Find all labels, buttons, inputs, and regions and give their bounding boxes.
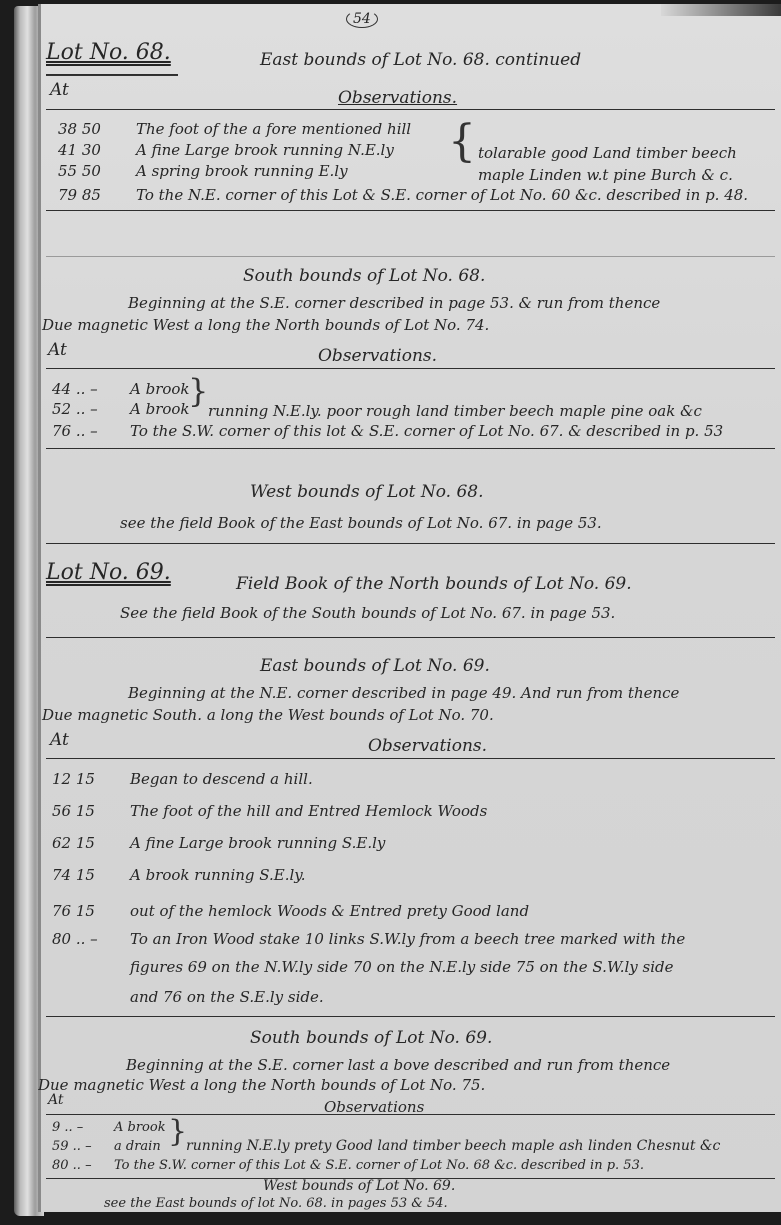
col-observations-header: Observations. [318,346,437,366]
land-note: running N.E.ly prety Good land timber be… [186,1138,720,1154]
lot-69-east-title: East bounds of Lot No. 69. [260,656,490,676]
page-corner-shadow [661,4,781,16]
col-observations-header: Observations. [368,736,487,756]
lot-69-east-para-2: Due magnetic South. a long the West boun… [42,706,494,724]
lot-69-west-title: West bounds of Lot No. 69. [263,1178,455,1194]
land-note: running N.E.ly. poor rough land timber b… [208,402,702,420]
lot-68-west-text: see the field Book of the East bounds of… [120,514,602,532]
lot-68-west-title: West bounds of Lot No. 68. [250,482,483,502]
divider [46,210,775,211]
survey-entry: 56 15The foot of the hill and Entred Hem… [52,802,487,820]
lot-69-south-para-2: Due magnetic West a long the North bound… [38,1076,485,1094]
lot-68-east-continued-title: East bounds of Lot No. 68. continued [260,50,581,70]
survey-entry: 9 .. –A brook [52,1120,166,1135]
survey-entry: 52 .. –A brook [52,400,190,418]
divider [46,448,775,449]
col-at-header: At [48,340,67,360]
survey-entry-continuation: and 76 on the S.E.ly side. [130,988,324,1006]
lot-69-west-text: see the East bounds of lot No. 68. in pa… [104,1196,448,1211]
lot-69-east-para-1: Beginning at the N.E. corner described i… [128,684,679,702]
col-at-header: At [50,80,69,100]
survey-entry: 76 .. –To the S.W. corner of this lot & … [52,422,723,440]
brace-icon: } [188,372,208,410]
survey-entry: 80 .. –To the S.W. corner of this Lot & … [52,1158,644,1173]
divider [46,637,775,638]
land-note-line-1: tolarable good Land timber beech [478,144,737,162]
divider [46,256,775,257]
survey-entry: 59 .. –a drain [52,1139,161,1154]
survey-entry: 74 15A brook running S.E.ly. [52,866,306,884]
survey-entry: 38 50The foot of the a fore mentioned hi… [58,120,411,138]
divider [46,368,775,369]
lot-69-south-title: South bounds of Lot No. 69. [250,1028,492,1048]
survey-entry: 44 .. –A brook [52,380,190,398]
col-at-header: At [50,730,69,750]
lot-69-north-text: See the field Book of the South bounds o… [120,604,615,622]
lot-68-south-para-1: Beginning at the S.E. corner described i… [128,294,660,312]
lot-69-label: Lot No. 69. [46,560,171,585]
divider [46,543,775,544]
survey-entry: 76 15out of the hemlock Woods & Entred p… [52,902,529,920]
land-note-line-2: maple Linden w.t pine Burch & c. [478,166,733,184]
survey-entry-continuation: figures 69 on the N.W.ly side 70 on the … [130,958,674,976]
divider [46,1114,775,1115]
survey-entry: 55 50A spring brook running E.ly [58,162,348,180]
lot-68-south-para-2: Due magnetic West a long the North bound… [42,316,489,334]
col-observations-header: Observations. [338,88,457,108]
lot-69-south-para-1: Beginning at the S.E. corner last a bove… [126,1056,670,1074]
divider [46,1016,775,1017]
survey-entry: 12 15Began to descend a hill. [52,770,313,788]
brace-icon: } [168,1114,187,1149]
lot-68-label: Lot No. 68. [46,40,171,65]
page-number: 54 [346,10,378,28]
ledger-page: 54 Lot No. 68. East bounds of Lot No. 68… [38,4,781,1212]
lot-69-north-title: Field Book of the North bounds of Lot No… [236,574,632,594]
survey-entry: 79 85To the N.E. corner of this Lot & S.… [58,186,748,204]
brace-icon: { [448,116,476,167]
survey-entry: 62 15A fine Large brook running S.E.ly [52,834,385,852]
divider [46,758,775,759]
lot-label-underline [46,74,178,76]
divider [46,109,775,110]
survey-entry: 80 .. –To an Iron Wood stake 10 links S.… [52,930,685,948]
survey-entry: 41 30A fine Large brook running N.E.ly [58,141,394,159]
lot-68-south-title: South bounds of Lot No. 68. [243,266,485,286]
col-at-header: At [48,1092,64,1108]
